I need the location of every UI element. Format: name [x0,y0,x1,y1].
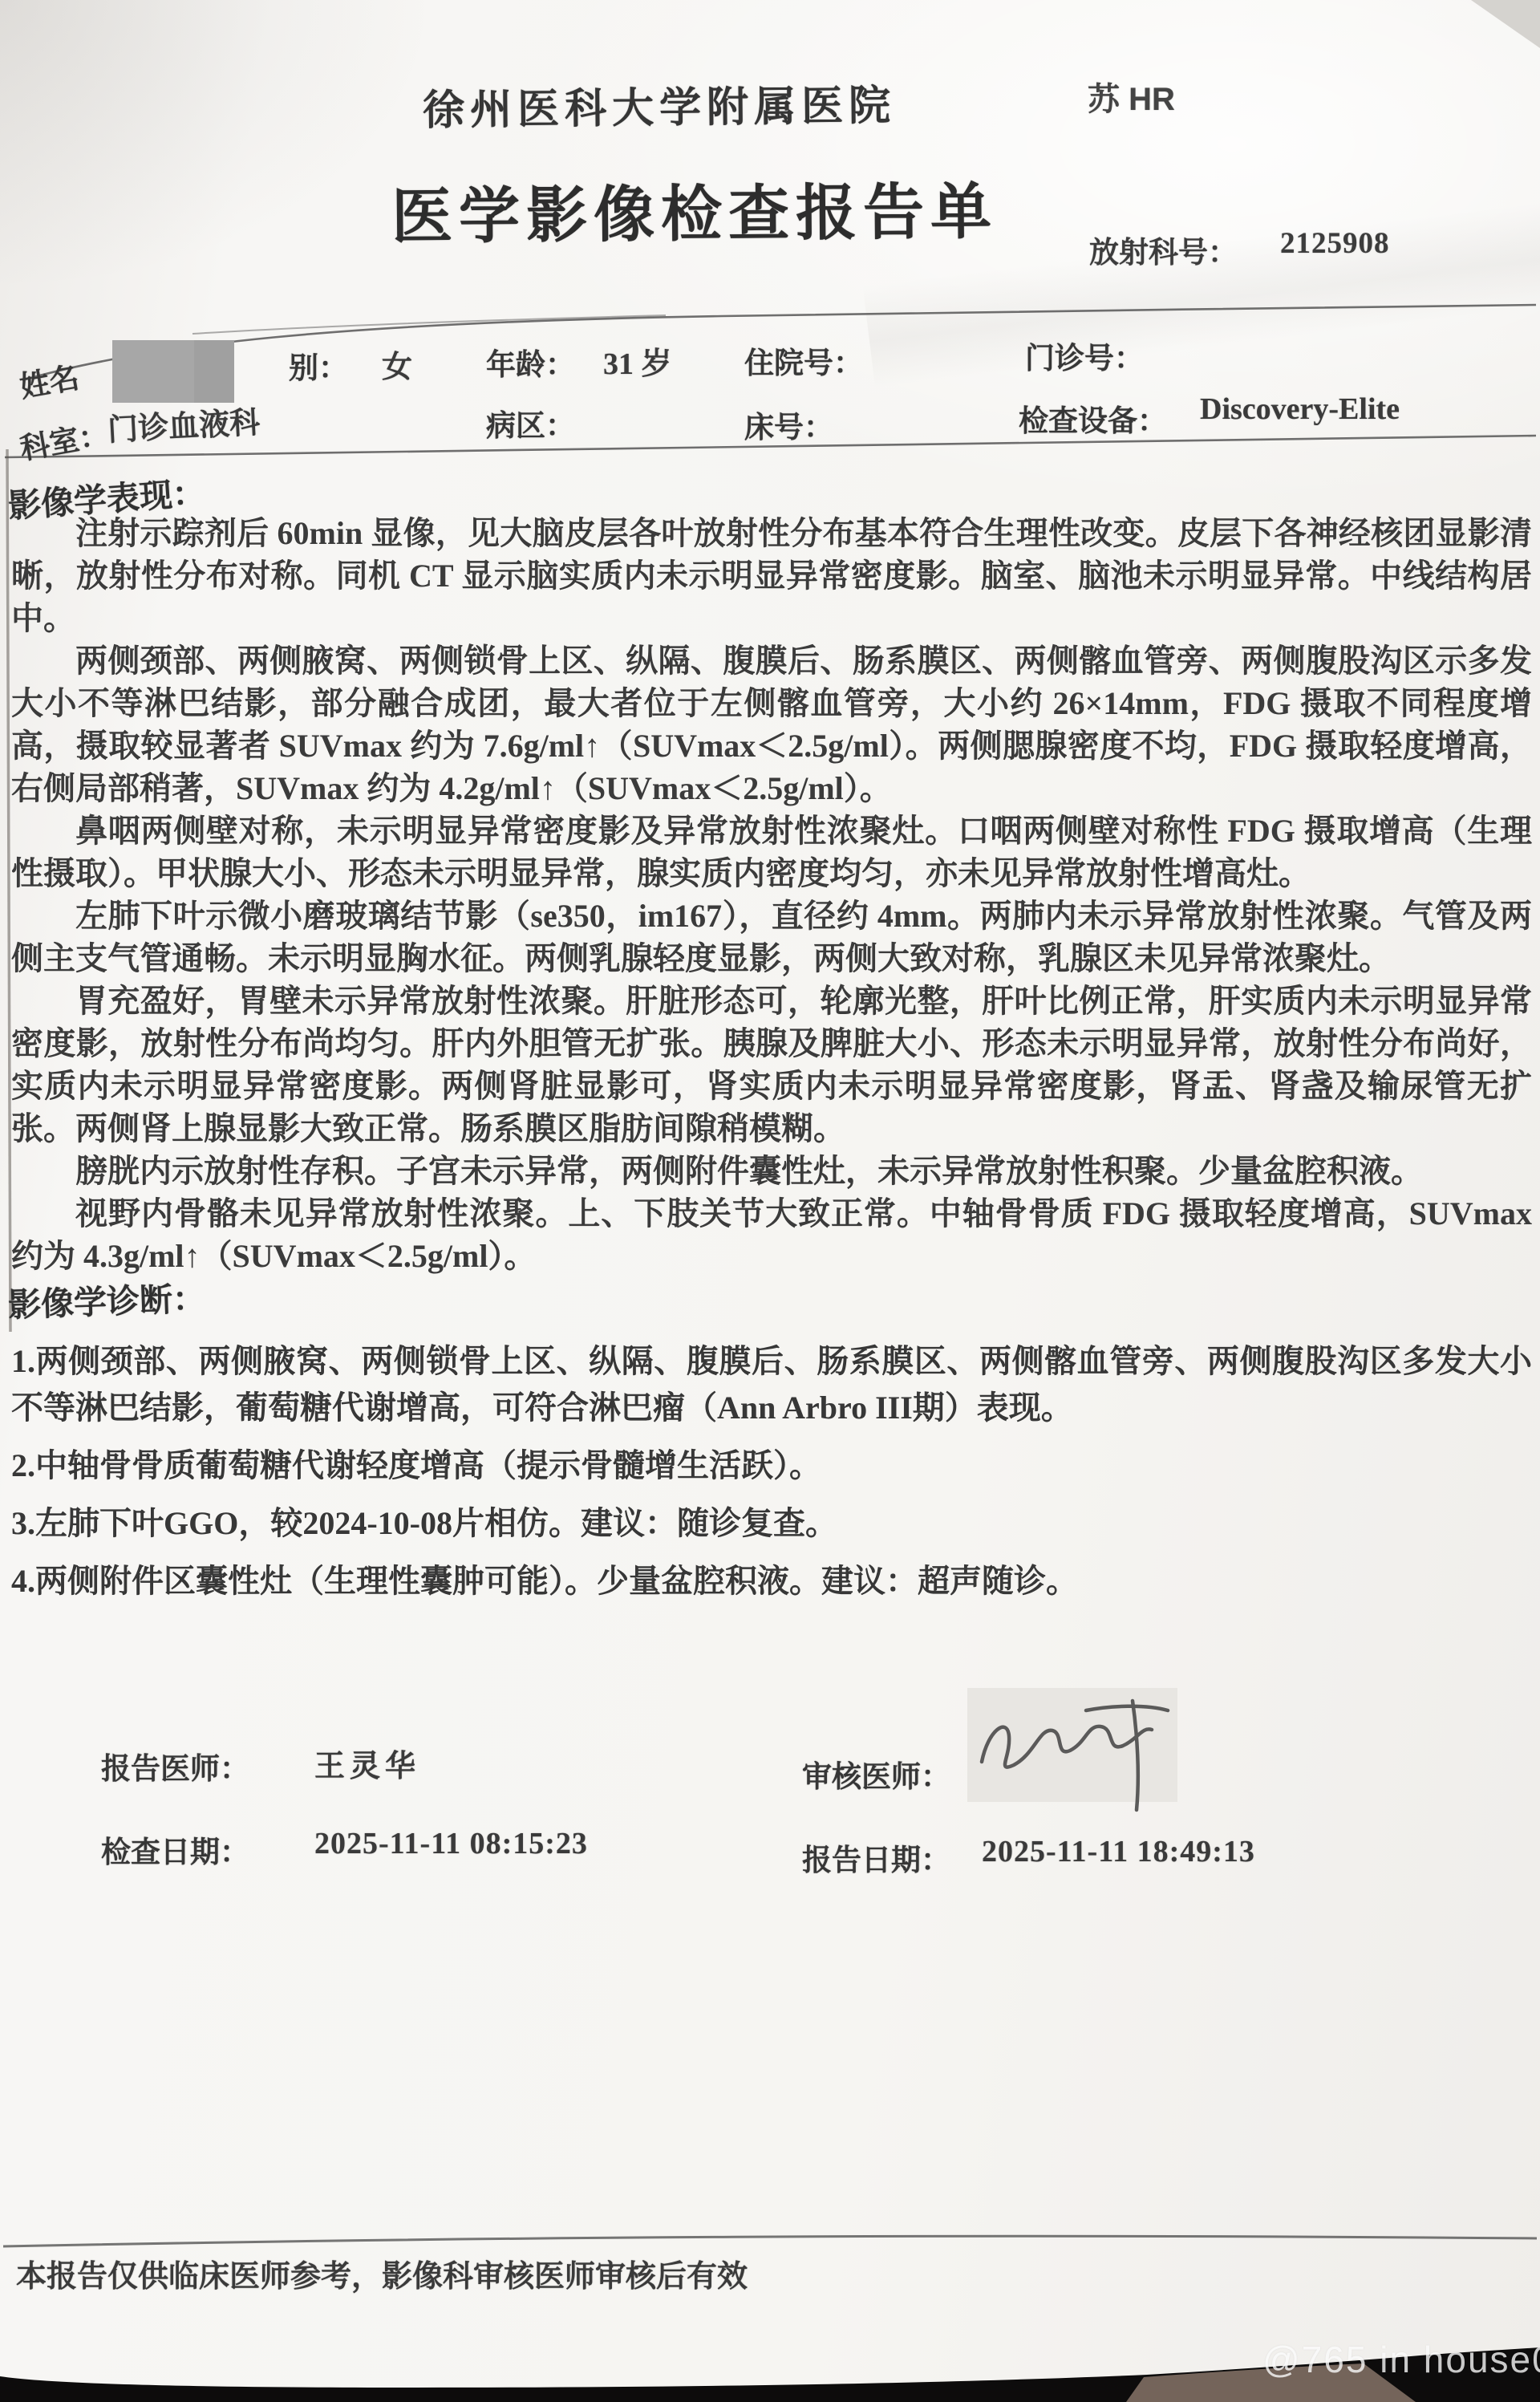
findings-paragraph: 左肺下叶示微小磨玻璃结节影（se350，im167），直径约 4mm。两肺内未示… [11,895,1532,980]
report-doctor-name: 王灵华 [314,1741,420,1785]
sex-label: 别： [289,343,348,387]
radiology-number-label: 放射科号： [1089,228,1238,271]
scanned-medical-report: 徐州医科大学附属医院 医学影像检查报告单 苏 HR 放射科号： 2125908 … [0,0,1540,2402]
diagnosis-item: 3.左肺下叶GGO，较2024-10-08片相仿。建议：随诊复查。 [11,1500,1532,1547]
diagnosis-item: 1.两侧颈部、两侧腋窝、两侧锁骨上区、纵隔、腹膜后、肠系膜区、两侧髂血管旁、两侧… [11,1338,1532,1431]
findings-paragraphs: 注射示踪剂后 60min 显像，见大脑皮层各叶放射性分布基本符合生理性改变。皮层… [11,512,1532,1277]
findings-paragraph: 鼻咽两侧壁对称，未示明显异常密度影及异常放射性浓聚灶。口咽两侧壁对称性 FDG … [11,809,1532,895]
exam-date-label: 检查日期： [101,1828,249,1871]
reviewer-signature [967,1688,1177,1802]
name-redaction-box [112,340,234,403]
bed-number-label: 床号： [744,403,833,446]
report-date-label: 报告日期： [802,1836,950,1879]
age-label: 年龄： [486,340,575,383]
sex-value: 女 [382,342,412,386]
device-value: Discovery-Elite [1200,392,1400,427]
hospital-name: 徐州医科大学附属医院 [411,71,909,136]
outpatient-number-label: 门诊号： [1025,334,1144,377]
page-corner-fold [1471,0,1540,48]
diagnosis-item: 4.两侧附件区囊性灶（生理性囊肿可能）。少量盆腔积液。建议：超声随诊。 [11,1558,1532,1605]
findings-paragraph: 膀胱内示放射性存积。子宫未示异常，两侧附件囊性灶，未示异常放射性积聚。少量盆腔积… [11,1150,1532,1192]
report-doctor-label: 报告医师： [101,1744,249,1787]
ward-label: 病区： [486,401,575,444]
department-value: 门诊血液科 [107,397,261,449]
report-date-value: 2025-11-11 18:49:13 [982,1834,1255,1869]
reviewer-signature-scribble [967,1688,1177,1816]
findings-paragraph: 注射示踪剂后 60min 显像，见大脑皮层各叶放射性分布基本符合生理性改变。皮层… [11,512,1532,639]
device-label: 检查设备： [1019,396,1167,440]
findings-paragraph: 胃充盈好，胃壁未示异常放射性浓聚。肝脏形态可，轮廓光整，肝叶比例正常，肝实质内未… [11,980,1532,1150]
page-left-edge-shadow [7,449,10,1332]
exam-date-value: 2025-11-11 08:15:23 [314,1826,588,1861]
findings-paragraph: 视野内骨骼未见异常放射性浓聚。上、下肢关节大致正常。中轴骨骨质 FDG 摄取轻度… [11,1192,1532,1277]
diagnosis-heading: 影像学诊断： [7,1272,206,1326]
review-doctor-label: 审核医师： [802,1752,950,1795]
report-title: 医学影像检查报告单 [358,162,1032,255]
diagnosis-item: 2.中轴骨骨质葡萄糖代谢轻度增高（提示骨髓增生活跃）。 [11,1442,1532,1489]
radiology-number-value: 2125908 [1280,226,1390,261]
photo-watermark: @765 in house086 [1262,2338,1540,2381]
diagnosis-items: 1.两侧颈部、两侧腋窝、两侧锁骨上区、纵隔、腹膜后、肠系膜区、两侧髂血管旁、两侧… [11,1338,1532,1616]
footer-divider [3,2236,1537,2246]
footer-disclaimer: 本报告仅供临床医师参考，影像科审核医师审核后有效 [16,2251,748,2295]
province-stamp: 苏 HR [1088,74,1175,120]
admission-number-label: 住院号： [744,339,863,382]
findings-paragraph: 两侧颈部、两侧腋窝、两侧锁骨上区、纵隔、腹膜后、肠系膜区、两侧髂血管旁、两侧腹股… [11,639,1532,809]
age-value: 31 岁 [603,339,672,383]
